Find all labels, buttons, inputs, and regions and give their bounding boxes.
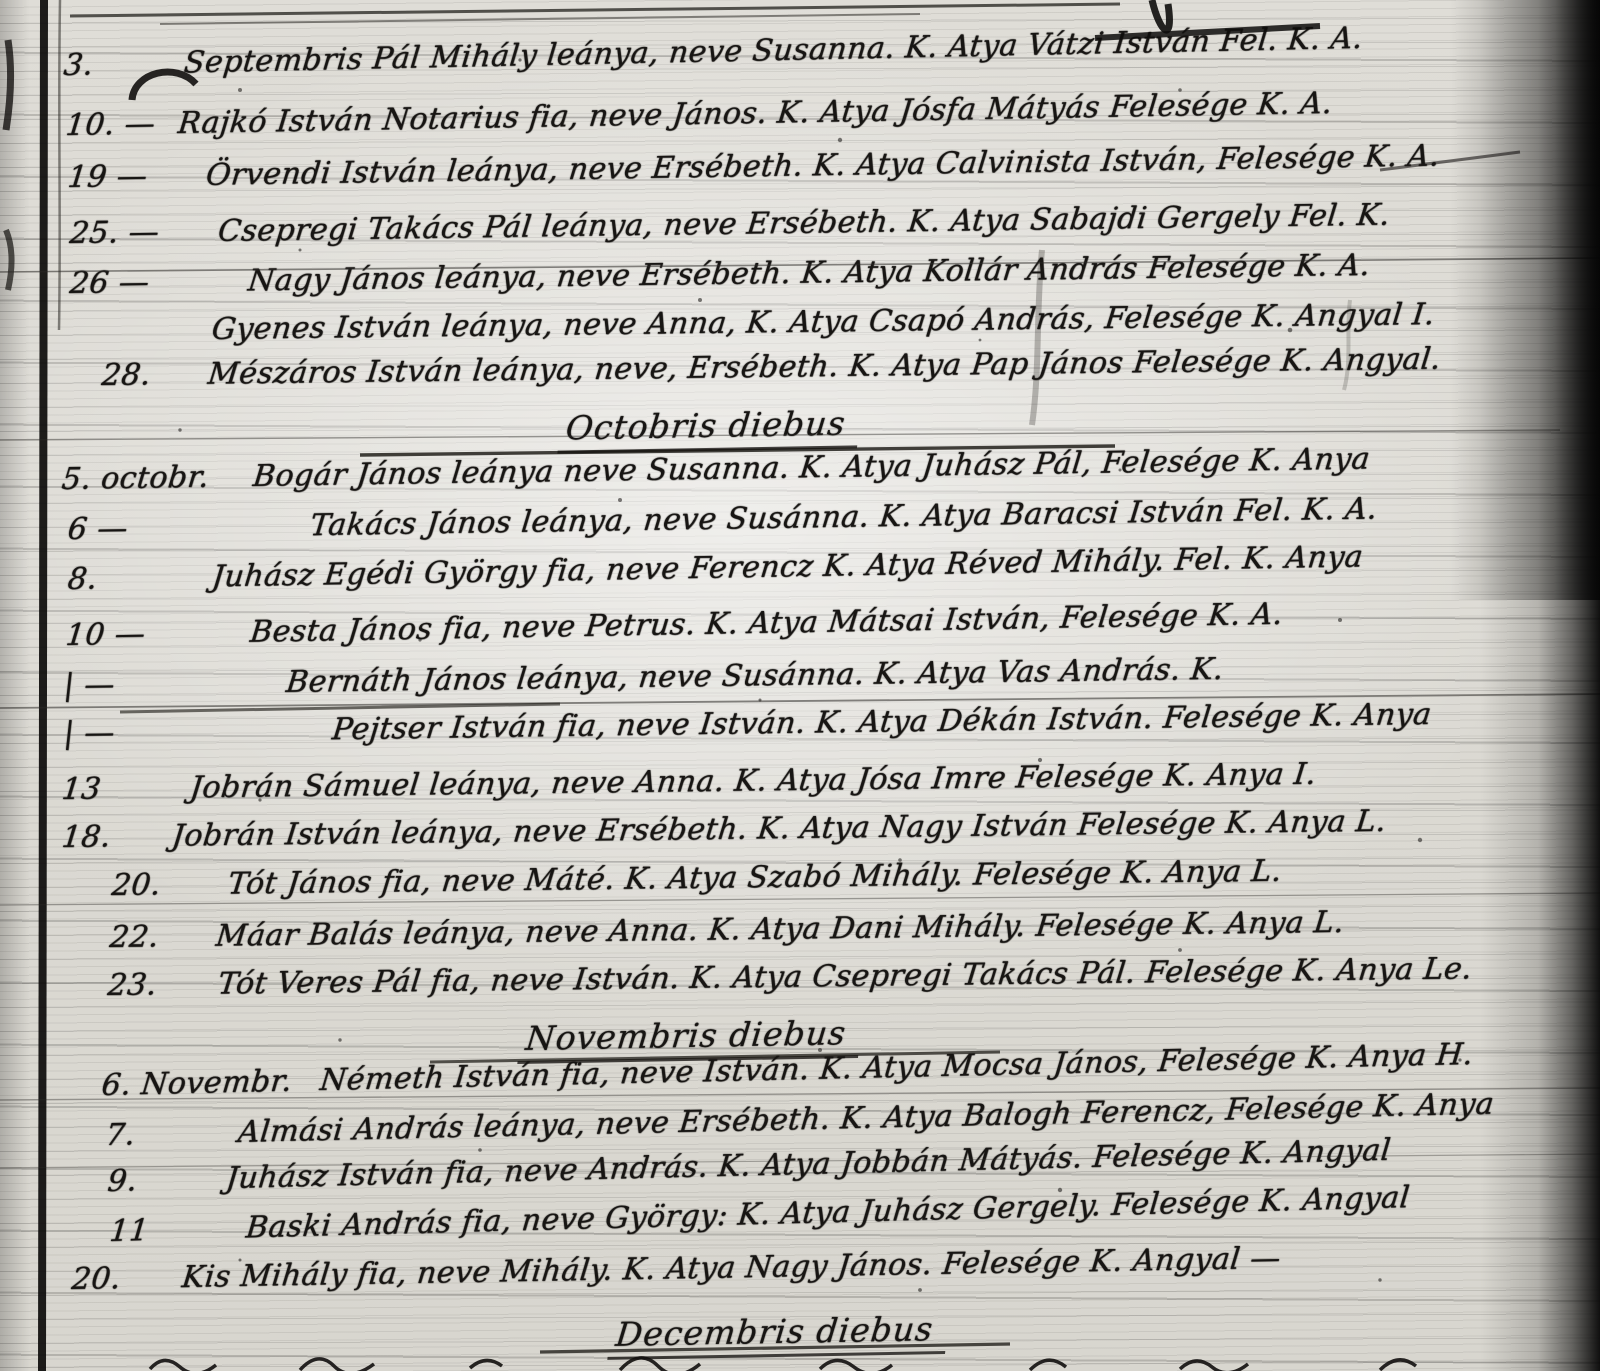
entry-day: 6 — (66, 511, 162, 547)
entry-day: 8. (66, 560, 162, 597)
register-entry: | — Bernáth János leánya, neve Susánna. … (62, 644, 1600, 703)
entry-text: Tót Veres Pál fia, neve István. K. Atya … (216, 951, 1474, 1001)
entry-day: 7. (104, 1116, 200, 1153)
entry-text: Tót János fia, neve Máté. K. Atya Szabó … (226, 854, 1284, 902)
entry-day: 26 — (68, 265, 164, 301)
entry-text: Bogár János leánya neve Susanna. K. Atya… (251, 441, 1372, 494)
register-entry: 22. Máar Balás leánya, neve Anna. K. Aty… (108, 899, 1600, 955)
register-entry: 18. Jobrán István leánya, neve Ersébeth.… (60, 799, 1600, 855)
entry-day: 13 (60, 771, 156, 807)
entry-day: 20. (70, 1260, 166, 1297)
entry-text: Németh István fia, neve István. K. Atya … (318, 1037, 1475, 1098)
register-entry: 10 — Besta János fia, neve Petrus. K. At… (64, 587, 1600, 653)
entry-text: Gyenes István leánya, neve Anna, K. Atya… (210, 297, 1437, 347)
entry-day: 19 — (66, 159, 162, 195)
register-entry: 25. — Csepregi Takács Pál leánya, neve E… (68, 192, 1600, 251)
entry-text: Jobrán István leánya, neve Ersébeth. K. … (170, 804, 1388, 854)
entry-day: 28. (100, 357, 196, 393)
entry-text: Kis Mihály fia, neve Mihály. K. Atya Nag… (180, 1241, 1282, 1295)
register-entry: 3. Septembris Pál Mihály leánya, neve Su… (62, 11, 1600, 83)
entry-day: 23. (106, 967, 202, 1003)
register-entry: 26 — Nagy János leánya, neve Ersébeth. K… (68, 242, 1600, 301)
entry-day: 5. octobr. (60, 460, 211, 497)
entry-day: 25. — (68, 215, 164, 251)
entry-day: 3. (62, 46, 158, 83)
entry-text: Pejtser István fia, neve István. K. Atya… (330, 697, 1433, 747)
entry-text: Bernáth János leánya, neve Susánna. K. A… (284, 652, 1225, 700)
register-entry: | — Pejtser István fia, neve István. K. … (62, 692, 1600, 751)
entry-day: 6. Novembr. (100, 1064, 294, 1103)
entry-text: Csepregi Takács Pál leánya, neve Ersébet… (216, 198, 1392, 249)
register-entry: 6 — Takács János leánya, neve Susánna. K… (66, 485, 1600, 547)
entry-day: 20. (110, 867, 206, 903)
entry-day: 10 — (64, 616, 160, 653)
entry-day: 11 (108, 1212, 204, 1249)
entry-day: 18. (60, 819, 156, 855)
entry-text: Rajkó István Notarius fia, neve János. K… (176, 86, 1334, 141)
entry-text: Jobrán Sámuel leánya, neve Anna. K. Atya… (188, 757, 1318, 806)
entry-text: Besta János fia, neve Petrus. K. Atya Má… (248, 597, 1284, 650)
entry-text: Juhász Egédi György fia, neve Ferencz K.… (210, 539, 1365, 594)
register-entry: 13 Jobrán Sámuel leánya, neve Anna. K. A… (60, 751, 1600, 807)
manuscript-page: 3. Septembris Pál Mihály leánya, neve Su… (0, 0, 1600, 1371)
month-header-october: Octobris diebus (557, 403, 861, 453)
register-entry: Gyenes István leánya, neve Anna, K. Atya… (210, 291, 1600, 347)
entry-text: Nagy János leánya, neve Ersébeth. K. Aty… (246, 248, 1372, 299)
entry-day: | — (62, 715, 158, 751)
entry-text: Mészáros István leánya, neve, Ersébeth. … (206, 342, 1443, 392)
month-header-december: Decembris diebus (607, 1309, 949, 1360)
entry-day: 22. (108, 919, 204, 955)
entry-text: Örvendi István leánya, neve Ersébeth. K.… (204, 138, 1441, 192)
register-entry: 23. Tót Veres Pál fia, neve István. K. A… (106, 947, 1600, 1003)
register-entry: 10. — Rajkó István Notarius fia, neve Já… (64, 77, 1600, 143)
entry-day: 9. (106, 1162, 202, 1199)
entry-text: Takács János leánya, neve Susánna. K. At… (308, 491, 1379, 543)
margin-rule-line (42, 0, 44, 1371)
register-entry: 19 — Örvendi István leánya, neve Ersébet… (66, 133, 1600, 195)
entry-day: 10. — (64, 106, 160, 143)
entry-day: | — (62, 667, 158, 703)
entry-text: Máar Balás leánya, neve Anna. K. Atya Da… (214, 905, 1346, 954)
register-entry: 20. Tót János fia, neve Máté. K. Atya Sz… (110, 847, 1600, 903)
entry-text: Septembris Pál Mihály leánya, neve Susan… (182, 21, 1364, 81)
